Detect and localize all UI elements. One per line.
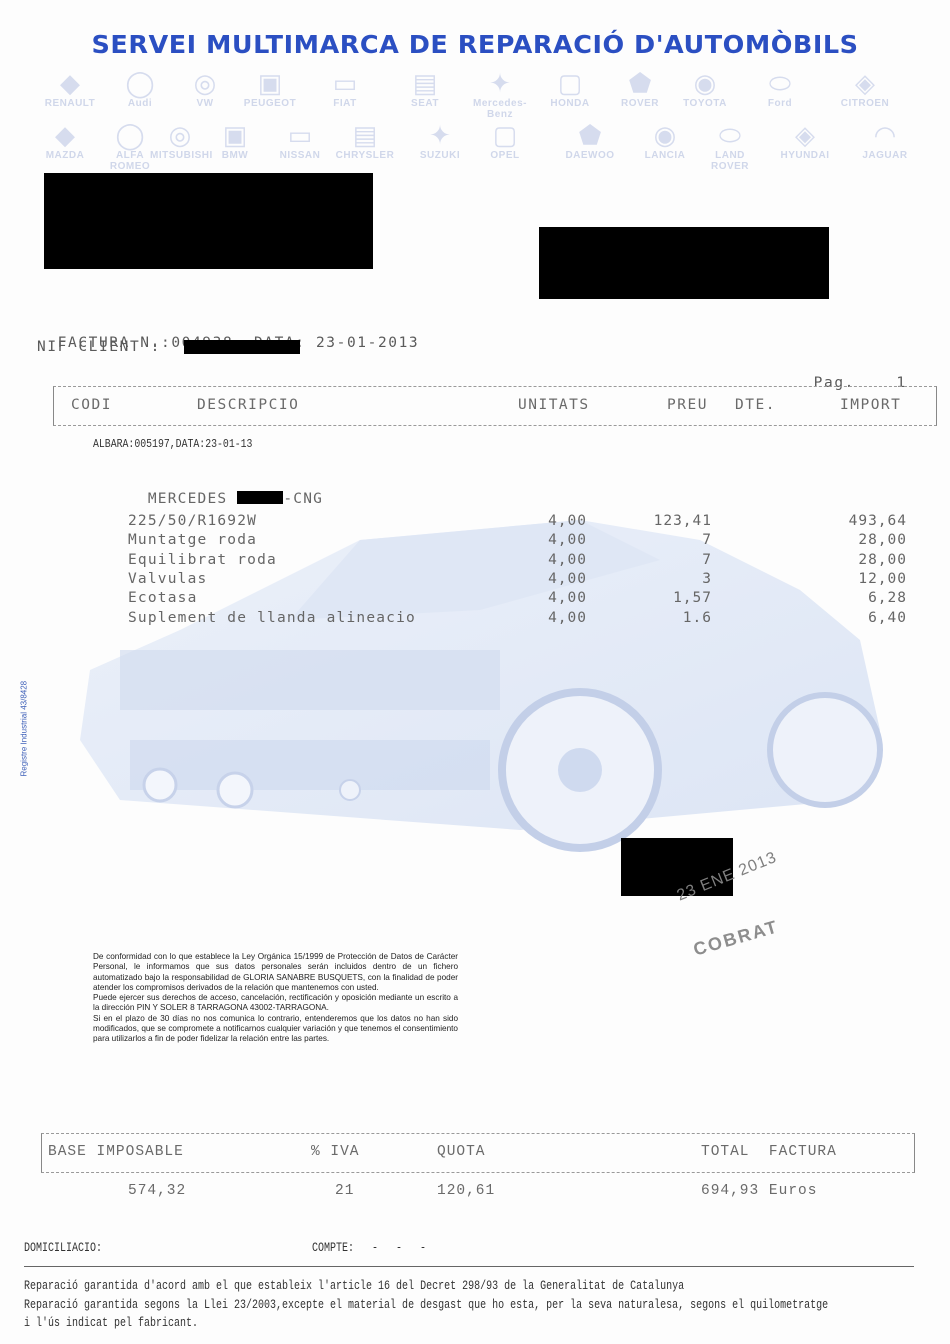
brand-logo-icon: ⬟: [560, 120, 620, 150]
redacted-client-address: [539, 227, 829, 299]
brand-logo-label: ROVER: [610, 98, 670, 109]
nif-line: NIF CLIENT :: [37, 339, 161, 355]
row-unitats: 4,00: [520, 513, 587, 529]
brand-logo-label: NISSAN: [270, 150, 330, 161]
total-amount: 694,93: [701, 1183, 759, 1199]
brand-logo-icon: ⬭: [700, 120, 760, 150]
brand-logos-row-1: ◆RENAULT◯Audi◎VW▣PEUGEOT▭FIAT▤SEAT✦Merce…: [35, 68, 915, 116]
brand-logo-icon: ⬭: [750, 68, 810, 98]
row-import: 28,00: [800, 552, 907, 568]
brand-logo: ◉LANCIA: [635, 120, 695, 166]
row-import: 6,28: [800, 590, 907, 606]
row-preu: 7: [620, 532, 712, 548]
vehicle-make: MERCEDES: [148, 491, 227, 507]
brand-logo-label: LANCIA: [635, 150, 695, 161]
base-imposable-value: 574,32: [128, 1183, 186, 1199]
brand-logo-icon: ▢: [540, 68, 600, 98]
brand-logo-icon: ▣: [240, 68, 300, 98]
brand-logo-icon: ◠: [855, 120, 915, 150]
brand-logo-icon: ◎: [175, 68, 235, 98]
brand-logo-label: DAEWOO: [560, 150, 620, 161]
redacted-company-address: [44, 173, 373, 269]
brand-logo: ◈CITROEN: [835, 68, 895, 114]
brand-logo-label: CHRYSLER: [335, 150, 395, 161]
iva-percent-value: 21: [335, 1183, 354, 1199]
guarantee-line-2: Reparació garantida segons la Llei 23/20…: [24, 1298, 828, 1312]
brand-logo: ◉TOYOTA: [675, 68, 735, 114]
brand-logo-icon: ◈: [775, 120, 835, 150]
brand-logo: ◆RENAULT: [40, 68, 100, 114]
redacted-nif: [184, 340, 300, 354]
brand-logo-icon: ◎: [150, 120, 210, 150]
brand-logo: ⬟ROVER: [610, 68, 670, 114]
row-import: 28,00: [800, 532, 907, 548]
brand-logo-label: VW: [175, 98, 235, 109]
compte-line: COMPTE: - - -: [312, 1241, 426, 1255]
row-preu: 1,57: [620, 590, 712, 606]
brand-logo-label: PEUGEOT: [240, 98, 300, 109]
column-dte: DTE.: [735, 397, 776, 413]
currency: Euros: [769, 1183, 818, 1199]
brand-logo: ▢OPEL: [475, 120, 535, 166]
row-descripcio: Suplement de llanda alineacio: [128, 610, 416, 626]
brand-logo-icon: ✦: [410, 120, 470, 150]
brand-logo-icon: ◯: [110, 68, 170, 98]
brand-logo: ▢HONDA: [540, 68, 600, 114]
column-unitats: UNITATS: [518, 397, 590, 413]
brand-logo: ▤SEAT: [395, 68, 455, 114]
brand-logo-icon: ▣: [205, 120, 265, 150]
brand-logo-icon: ◉: [675, 68, 735, 98]
row-descripcio: Ecotasa: [128, 590, 198, 606]
brand-logo: ◠JAGUAR: [855, 120, 915, 166]
row-unitats: 4,00: [520, 532, 587, 548]
row-preu: 123,41: [620, 513, 712, 529]
domiciliacio-label: DOMICILIACIO:: [24, 1241, 102, 1255]
brand-logo: ◆MAZDA: [35, 120, 95, 166]
row-preu: 7: [620, 552, 712, 568]
brand-logo: ◎MITSUBISHI: [150, 120, 210, 166]
row-import: 6,40: [800, 610, 907, 626]
items-table-header: [53, 386, 937, 426]
brand-logo: ⬟DAEWOO: [560, 120, 620, 166]
row-unitats: 4,00: [520, 610, 587, 626]
brand-logo-icon: ◆: [35, 120, 95, 150]
brand-logo: ▣PEUGEOT: [240, 68, 300, 114]
column-preu: PREU: [667, 397, 708, 413]
brand-logo: ⬭Ford: [750, 68, 810, 114]
brand-logo-label: RENAULT: [40, 98, 100, 109]
redacted-vehicle-model: [237, 491, 283, 504]
brand-logo-label: HYUNDAI: [775, 150, 835, 161]
row-descripcio: Equilibrat roda: [128, 552, 277, 568]
brand-logo-icon: ◆: [40, 68, 100, 98]
brand-logo: ▤CHRYSLER: [335, 120, 395, 166]
brand-logo-label: OPEL: [475, 150, 535, 161]
vehicle-suffix: -CNG: [283, 491, 323, 507]
row-unitats: 4,00: [520, 590, 587, 606]
quota-value: 120,61: [437, 1183, 495, 1199]
compte-label: COMPTE:: [312, 1241, 354, 1255]
footer-divider: [24, 1266, 914, 1267]
brand-logo-icon: ⬟: [610, 68, 670, 98]
legal-paragraph-1: De conformidad con lo que establece la L…: [93, 952, 458, 993]
brand-logo-label: TOYOTA: [675, 98, 735, 109]
brand-logo-label: JAGUAR: [855, 150, 915, 161]
brand-logo: ▭NISSAN: [270, 120, 330, 166]
row-descripcio: Valvulas: [128, 571, 207, 587]
column-descripcio: DESCRIPCIO: [197, 397, 299, 413]
registre-industrial-text: Registre Industrial 43/8428: [20, 657, 29, 777]
brand-logo-label: BMW: [205, 150, 265, 161]
totals-iva-label: % IVA: [311, 1144, 360, 1160]
compte-value: - - -: [372, 1241, 426, 1255]
brand-logo-label: FIAT: [315, 98, 375, 109]
brand-logo-icon: ✦: [470, 68, 530, 98]
brand-logo: ▭FIAT: [315, 68, 375, 114]
row-descripcio: 225/50/R1692W: [128, 513, 257, 529]
brand-logo-label: CITROEN: [835, 98, 895, 109]
brand-logo-icon: ◉: [635, 120, 695, 150]
brand-logo-label: MITSUBISHI: [150, 150, 210, 161]
brand-logo-icon: ◈: [835, 68, 895, 98]
brand-logo: ◈HYUNDAI: [775, 120, 835, 166]
invoice-date: 23-01-2013: [316, 335, 419, 351]
brand-logo: ✦Mercedes-Benz: [470, 68, 530, 114]
legal-paragraph-2: Puede ejercer sus derechos de acceso, ca…: [93, 993, 458, 1014]
totals-quota-label: QUOTA: [437, 1144, 486, 1160]
brand-logo-label: Mercedes-Benz: [470, 98, 530, 120]
brand-logo-icon: ▭: [315, 68, 375, 98]
brand-logo-label: MAZDA: [35, 150, 95, 161]
brand-logo-label: LAND ROVER: [700, 150, 760, 172]
brand-logo-label: SEAT: [395, 98, 455, 109]
brand-logo-icon: ▢: [475, 120, 535, 150]
guarantee-line-1: Reparació garantida d'acord amb el que e…: [24, 1279, 684, 1293]
brand-logo: ◎VW: [175, 68, 235, 114]
brand-logos-row-2: ◆MAZDA◯ALFA ROMEO◎MITSUBISHI▣BMW▭NISSAN▤…: [35, 120, 915, 168]
row-unitats: 4,00: [520, 552, 587, 568]
totals-total-label: TOTAL FACTURA: [701, 1144, 837, 1160]
row-preu: 3: [620, 571, 712, 587]
row-preu: 1.6: [620, 610, 712, 626]
totals-base-label: BASE IMPOSABLE: [48, 1144, 184, 1160]
row-descripcio: Muntatge roda: [128, 532, 257, 548]
nif-label: NIF CLIENT :: [37, 339, 161, 355]
brand-logo-icon: ▤: [395, 68, 455, 98]
data-protection-notice: De conformidad con lo que establece la L…: [93, 952, 458, 1045]
albara-reference: ALBARA:005197,DATA:23-01-13: [93, 437, 252, 451]
brand-logo-icon: ▤: [335, 120, 395, 150]
guarantee-line-3: i l'ús indicat pel fabricant.: [24, 1316, 198, 1330]
brand-logo: ✦SUZUKI: [410, 120, 470, 166]
brand-logo: ◯Audi: [110, 68, 170, 114]
row-import: 493,64: [800, 513, 907, 529]
vehicle-line: MERCEDES-CNG: [128, 475, 323, 507]
row-unitats: 4,00: [520, 571, 587, 587]
column-import: IMPORT: [840, 397, 901, 413]
total-factura-value: 694,93 Euros: [701, 1183, 817, 1199]
brand-logo-icon: ▭: [270, 120, 330, 150]
company-title: SERVEI MULTIMARCA DE REPARACIÓ D'AUTOMÒB…: [0, 30, 950, 59]
brand-logo-label: SUZUKI: [410, 150, 470, 161]
legal-paragraph-3: Si en el plazo de 30 días no nos comunic…: [93, 1014, 458, 1045]
row-import: 12,00: [800, 571, 907, 587]
payment-stamp-cobrat: COBRAT: [691, 916, 781, 960]
column-codi: CODI: [71, 397, 112, 413]
brand-logo-label: Audi: [110, 98, 170, 109]
brand-logo-label: Ford: [750, 98, 810, 109]
brand-logo: ▣BMW: [205, 120, 265, 166]
brand-logo: ⬭LAND ROVER: [700, 120, 760, 166]
brand-logo-label: HONDA: [540, 98, 600, 109]
